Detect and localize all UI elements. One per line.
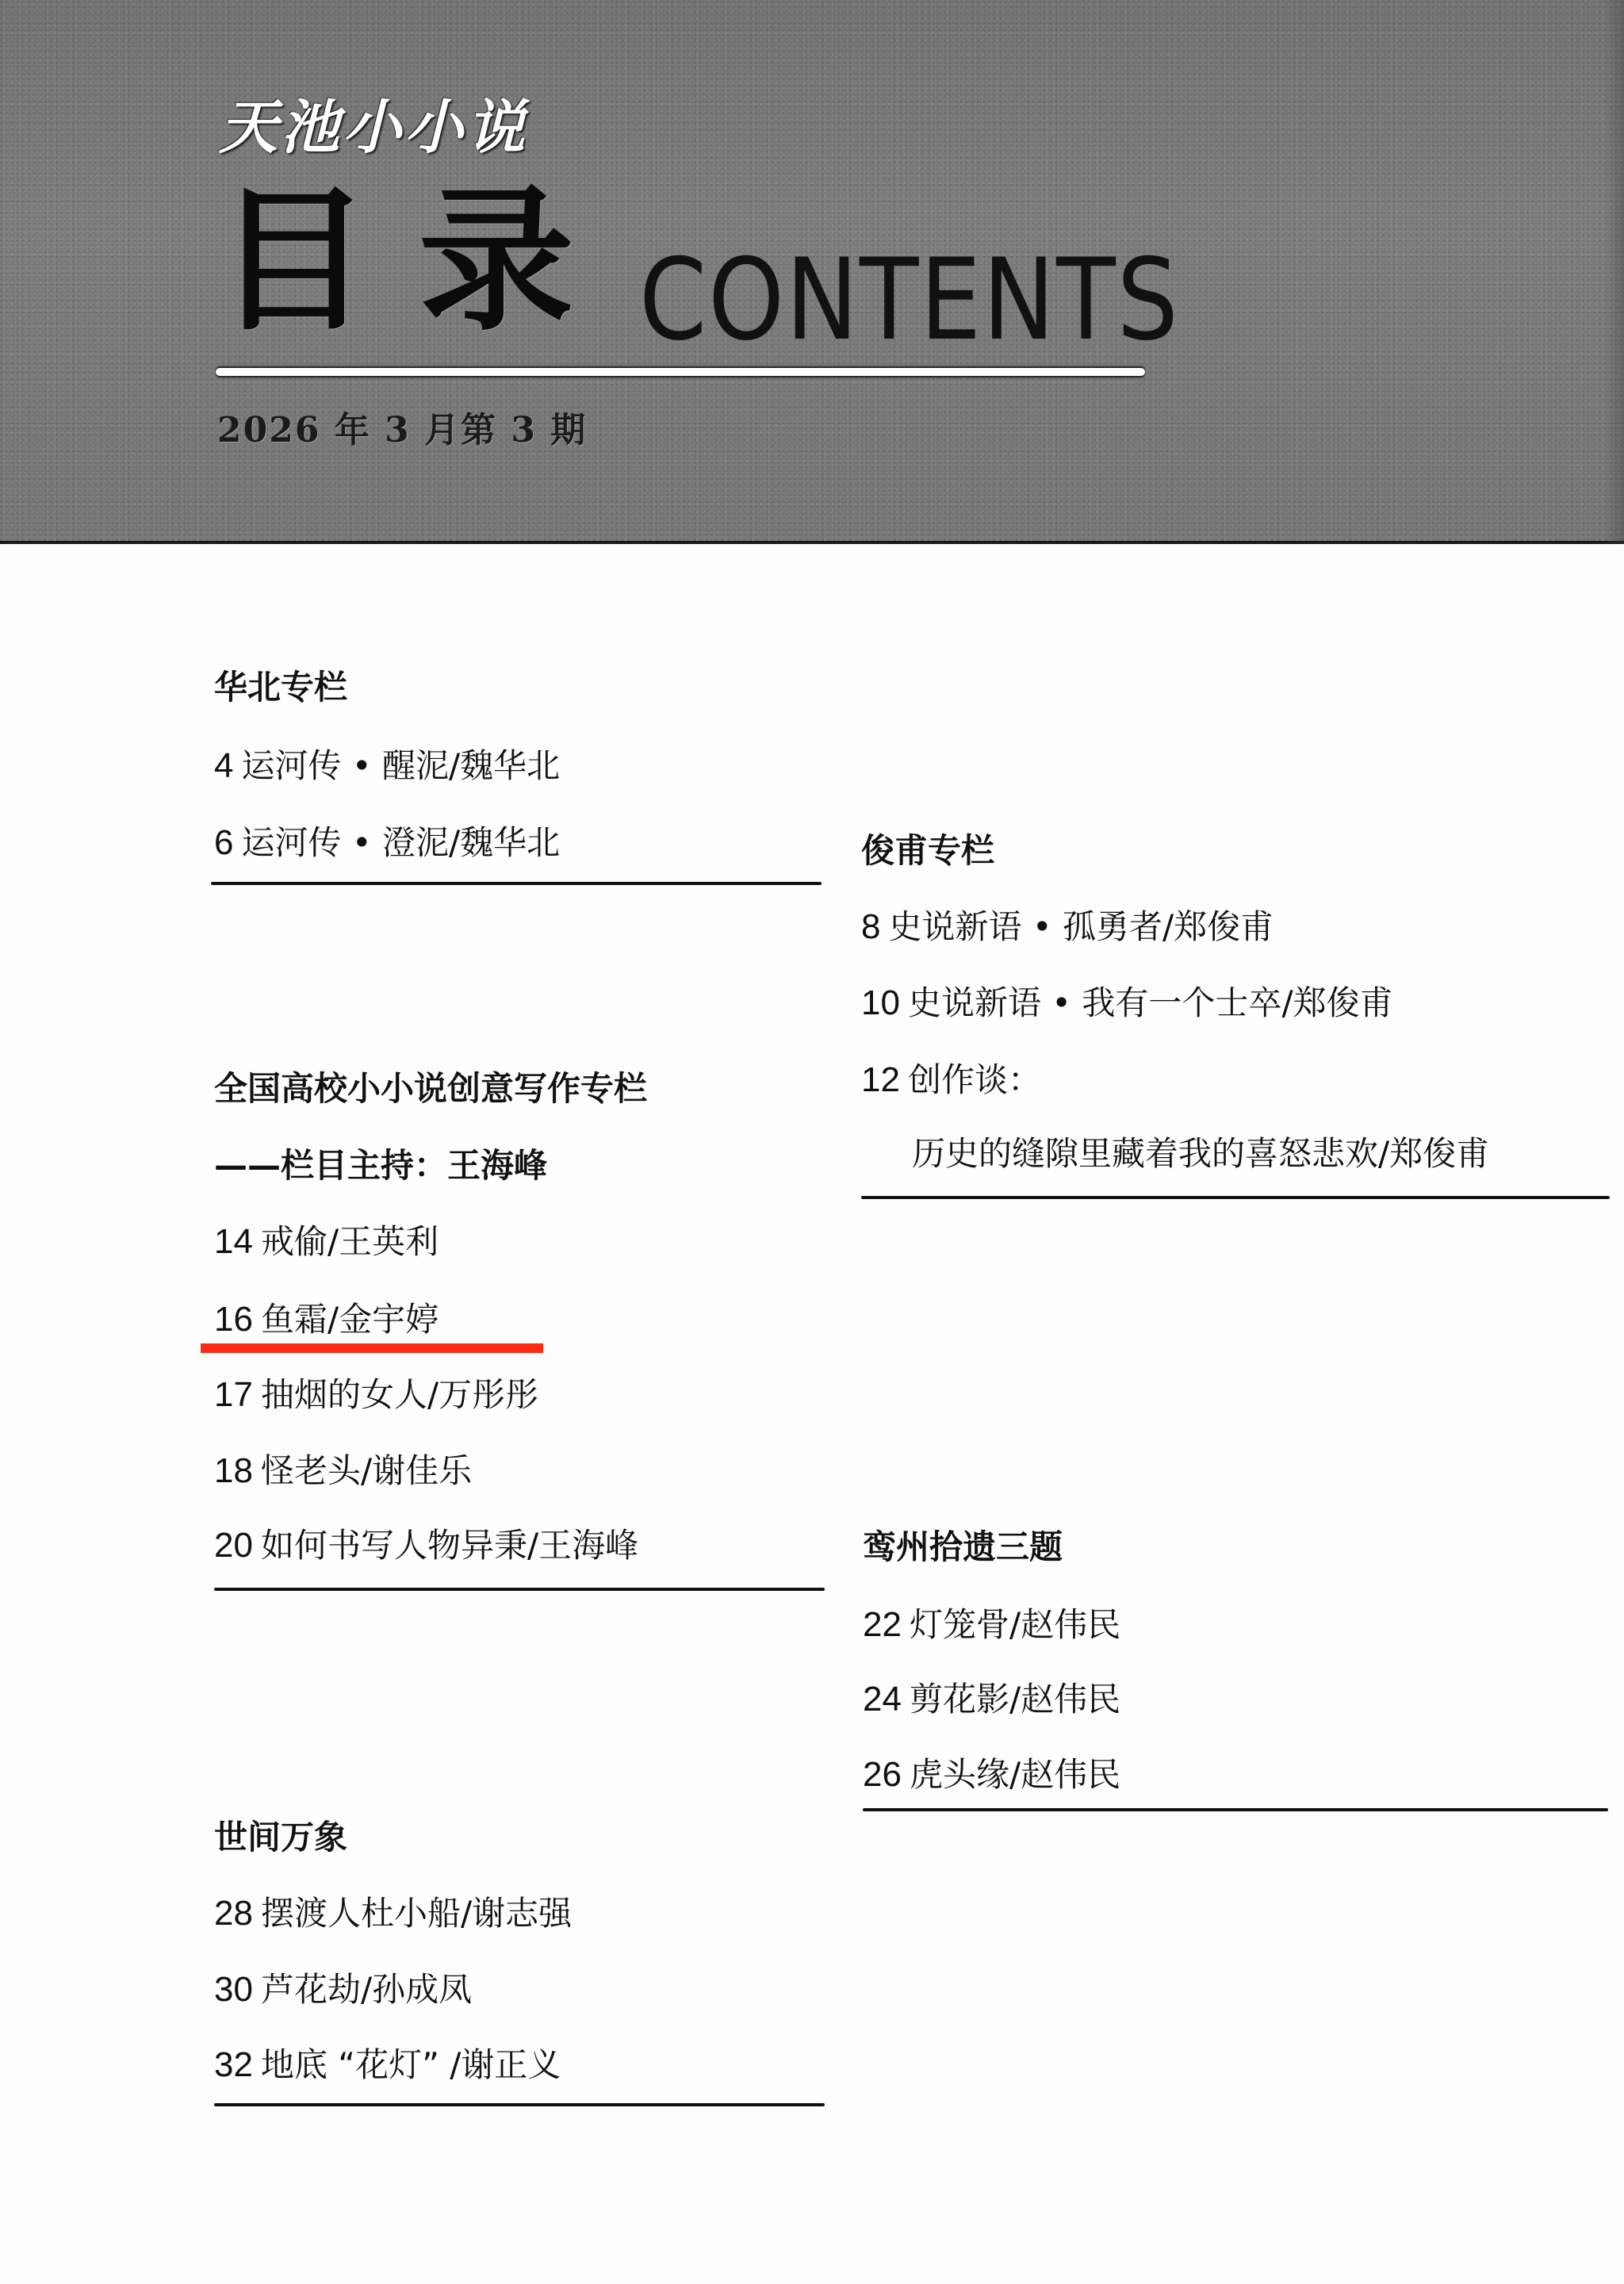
entry-author: 赵伟民 [1021,1605,1120,1644]
page-number: 12 [861,1060,900,1099]
column-host-line: ——栏目主持：王海峰 [214,1149,547,1182]
entry-author: 谢佳乐 [372,1451,472,1490]
entry-author: 郑俊甫 [1174,907,1274,946]
entry-title: 地底 “花灯” [261,2045,450,2084]
toc-entry-continuation[interactable]: 历史的缝隙里藏着我的喜怒悲欢/郑俊甫 [912,1137,1489,1171]
separator: / [449,746,460,785]
entry-title: 史说新语 • 孤勇者 [888,907,1162,946]
separator: / [527,1526,538,1565]
page-number: 16 [214,1300,253,1339]
page-number: 18 [214,1451,253,1490]
entry-author: 魏华北 [460,746,560,785]
separator: / [427,1375,439,1414]
page-number: 10 [861,983,900,1022]
page-number: 4 [214,746,233,785]
entry-author: 赵伟民 [1021,1755,1120,1794]
toc-entry[interactable]: 30芦花劫/孙成凤 [214,1972,472,2007]
page-title-english: CONTENTS [639,244,1180,357]
section-divider [214,1588,825,1591]
entry-author: 谢志强 [472,1894,572,1933]
toc-entry[interactable]: 17抽烟的女人/万彤彤 [214,1378,538,1412]
separator: / [361,1451,372,1490]
page-number: 32 [214,2045,253,2084]
page-number: 28 [214,1894,253,1933]
separator: / [1009,1680,1021,1719]
toc-entry[interactable]: 8史说新语 • 孤勇者/郑俊甫 [861,910,1274,945]
entry-title: 芦花劫 [261,1970,361,2009]
entry-title: 摆渡人杜小船 [261,1894,461,1933]
toc-entry[interactable]: 20如何书写人物异秉/王海峰 [214,1528,638,1563]
toc-entry[interactable]: 24剪花影/赵伟民 [863,1682,1120,1717]
entry-author: 谢正义 [461,2045,561,2084]
section-divider [214,2103,825,2106]
page-number: 24 [863,1680,902,1719]
title-divider [216,368,1145,376]
entry-title: 运河传 • 澄泥 [241,823,448,862]
section-heading-shijian: 世间万象 [214,1821,347,1854]
toc-entry[interactable]: 22灯笼骨/赵伟民 [863,1608,1120,1642]
entry-title: 虎头缘 [910,1755,1009,1794]
page-number: 20 [214,1526,253,1565]
page-title-chinese: 目录 [216,184,622,339]
entry-title: 鱼霜 [261,1300,327,1339]
entry-title: 如何书写人物异秉 [261,1526,527,1565]
section-divider [861,1196,1610,1199]
entry-title: 运河传 • 醒泥 [241,746,448,785]
masthead-edge-shadow [1603,0,1624,544]
section-heading-huabei: 华北专栏 [214,671,347,704]
toc-entry-highlighted[interactable]: 16鱼霜/金宇婷 [214,1302,439,1337]
separator: / [1009,1605,1021,1644]
highlight-underline [201,1343,543,1353]
entry-title: 剪花影 [910,1680,1009,1719]
toc-entry[interactable]: 6运河传 • 澄泥/魏华北 [214,826,560,860]
entry-title: 创作谈： [908,1060,1041,1099]
section-divider [863,1808,1608,1811]
entry-title: 史说新语 • 我有一个士卒 [908,983,1281,1022]
page-number: 8 [861,907,880,946]
entry-title: 灯笼骨 [910,1605,1009,1644]
page-number: 26 [863,1755,902,1794]
entry-author: 魏华北 [460,823,560,862]
page-number: 30 [214,1970,253,2009]
separator: / [450,2045,461,2084]
magazine-brand: 天池小小说 [219,81,528,165]
entry-author: 王海峰 [538,1526,638,1565]
entry-title: 戒偷 [261,1222,327,1261]
issue-date: 2026 年 3 月第 3 期 [217,401,587,452]
toc-entry[interactable]: 4运河传 • 醒泥/魏华北 [214,749,560,784]
page-number: 22 [863,1605,902,1644]
entry-subtitle: 历史的缝隙里藏着我的喜怒悲欢 [912,1134,1378,1173]
section-divider [211,882,822,885]
separator: / [1009,1755,1021,1794]
separator: / [1281,983,1293,1022]
section-heading-college: 全国高校小小说创意写作专栏 [214,1072,647,1106]
entry-author: 郑俊甫 [1389,1134,1489,1173]
entry-author: 郑俊甫 [1293,983,1393,1022]
page-number: 17 [214,1375,253,1414]
entry-author: 孙成凤 [372,1970,472,2009]
toc-entry[interactable]: 32地底 “花灯” /谢正义 [214,2048,561,2083]
page-number: 6 [214,823,233,862]
masthead-band: 天池小小说 目录 CONTENTS 2026 年 3 月第 3 期 [0,0,1624,544]
separator: / [1378,1134,1389,1173]
toc-entry[interactable]: 26虎头缘/赵伟民 [863,1757,1120,1792]
separator: / [361,1970,372,2009]
entry-author: 王英利 [339,1222,439,1261]
entry-author: 赵伟民 [1021,1680,1120,1719]
page-number: 14 [214,1222,253,1261]
toc-entry[interactable]: 12创作谈： [861,1063,1041,1098]
separator: / [327,1300,339,1339]
toc-entry[interactable]: 28摆渡人杜小船/谢志强 [214,1896,572,1931]
entry-title: 怪老头 [261,1451,361,1490]
entry-title: 抽烟的女人 [261,1375,427,1414]
toc-entry[interactable]: 14戒偷/王英利 [214,1224,439,1259]
section-heading-junfu: 俊甫专栏 [861,834,994,868]
entry-author: 万彤彤 [439,1375,538,1414]
separator: / [449,823,460,862]
entry-author: 金宇婷 [339,1300,439,1339]
toc-entry[interactable]: 18怪老头/谢佳乐 [214,1454,472,1489]
separator: / [1162,907,1174,946]
toc-entry[interactable]: 10史说新语 • 我有一个士卒/郑俊甫 [861,986,1393,1021]
separator: / [461,1894,472,1933]
section-heading-luanzhou: 鸾州拾遗三题 [863,1531,1063,1564]
separator: / [327,1222,339,1261]
